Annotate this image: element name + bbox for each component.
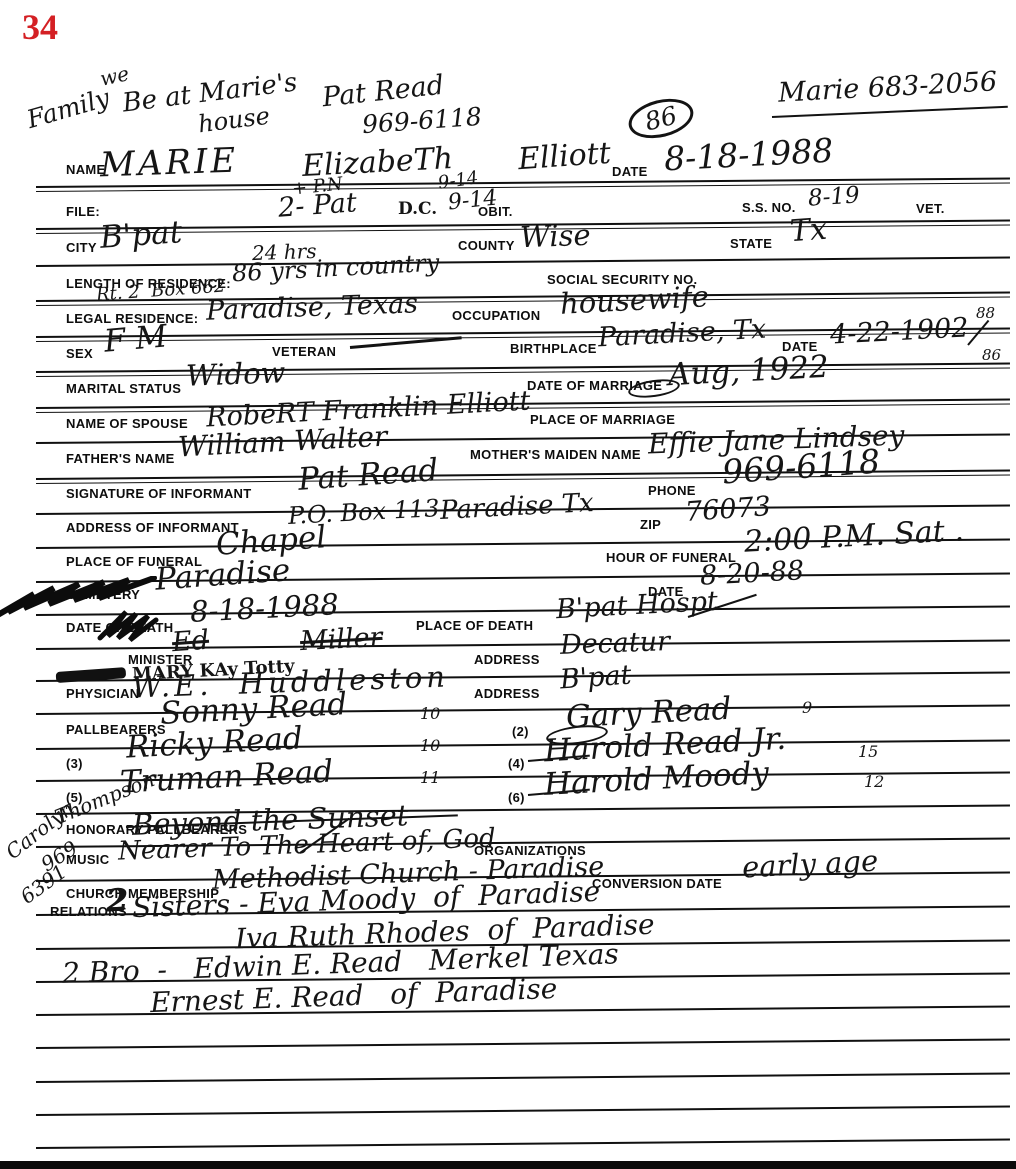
funeral-record-scan: 34 we Family Be at Marie's house Pat Rea… [0,0,1016,1169]
pallbearer-3-age: 10 [420,738,440,754]
relations-line-1-count: 2 [105,885,128,917]
field-label-sex: SEX [66,346,93,361]
field-value-file-dc: D.C. [398,201,437,218]
pallbearer-2-age: 9 [802,700,812,716]
form-rule [36,257,1010,267]
field-value-marital-status: Widow [186,358,286,390]
field-label-city: CITY [66,240,97,255]
field-value-county: Wise [520,221,592,252]
field-value-conversion-date: early age [741,846,879,882]
field-value-birth-date: 4-22-1902 [829,314,969,348]
field-label-zip: ZIP [640,517,661,532]
pallbearer-5-age: 11 [420,770,440,786]
field-label-file: FILE: [66,204,100,219]
field-label-physician: PHYSICIAN [66,686,140,701]
field-label-conversion-date: CONVERSION DATE [592,876,722,891]
birth-age-top: 88 [976,306,995,321]
field-label-music: MUSIC [66,852,109,867]
field-value-minister-address: Decatur [560,628,671,659]
field-value-date-of-death: 8-18-1988 [189,590,339,627]
field-value-minister-first: Ed [171,627,210,657]
field-label-mothers-maiden-name: MOTHER'S MAIDEN NAME [470,447,641,462]
form-rule [36,606,1010,616]
field-label-fathers-name: FATHER'S NAME [66,451,175,466]
field-value-occupation: housewife [559,282,709,319]
ink-scribble-mark-small [96,606,160,642]
form-rule-blank [36,1073,1010,1083]
form-rule [36,363,1010,373]
field-value-minister-last: Miller [299,624,383,655]
field-label-pallbearer-6: (6) [508,790,525,805]
field-label-obit: OBIT. [478,204,513,219]
field-value-name-first: MARIE [99,144,238,183]
pallbearer-4-age: 15 [858,744,878,760]
birth-age-bottom: 86 [982,348,1001,363]
form-rule-blank [36,1139,1010,1149]
field-label-pallbearer-3: (3) [66,756,83,771]
field-label-signature-of-informant: SIGNATURE OF INFORMANT [66,486,251,501]
field-label-state: STATE [730,236,772,251]
note-underline-stroke [772,106,1008,118]
field-value-city: B'pat [99,217,183,254]
field-label-county: COUNTY [458,238,515,253]
field-value-name-last: Elliott [517,139,612,175]
field-value-state: Tx [789,215,828,248]
field-label-place-of-death: PLACE OF DEATH [416,618,533,633]
field-value-fathers-name: William Walter [177,423,388,462]
field-label-ssno: S.S. NO. [742,200,796,215]
field-label-birthplace: BIRTHPLACE [510,341,597,356]
note-marie-phone: Marie 683-2056 [777,68,997,106]
field-value-zip: 76073 [684,493,772,526]
field-label-name-of-spouse: NAME OF SPOUSE [66,416,188,431]
field-label-place-of-marriage: PLACE OF MARRIAGE [530,412,675,427]
field-value-file: 2- Pat [277,189,357,221]
note-family: Family [24,85,112,132]
field-label-pallbearer-4: (4) [508,756,525,771]
field-value-hour-of-funeral: 2:00 P.M. Sat . [743,516,964,557]
circled-age-note: 86 [625,93,698,145]
field-label-vet: VET. [916,201,945,216]
note-pat-phone: 969-6118 [361,104,482,137]
field-value-birthplace: Paradise, Tx [597,316,766,352]
field-value-informant-address-2: Paradise Tx [439,490,594,524]
scan-edge-strip [0,1161,1016,1169]
pallbearer-6-age: 12 [864,774,884,790]
field-value-physician-address: B'pat [559,662,632,694]
field-label-occupation: OCCUPATION [452,308,540,323]
field-label-physician-address: ADDRESS [474,686,540,701]
field-label-pallbearer-2: (2) [512,724,529,739]
field-value-date: 8-18-1988 [663,134,834,176]
note-house: house [197,104,271,137]
page-number: 34 [22,6,58,48]
field-value-legal-residence: Paradise, Texas [206,290,419,324]
field-value-ssno: 8-19 [807,184,860,211]
form-rule [36,1039,1010,1049]
pallbearer-1-age: 10 [420,706,440,722]
pallbearer-6: Harold Moody [543,758,769,801]
field-label-date: DATE [612,164,648,179]
field-label-marital-status: MARITAL STATUS [66,381,181,396]
margin-note-6391: 6391 [17,861,70,907]
field-value-signature-of-informant: Pat Read [297,455,439,496]
field-label-minister-address: ADDRESS [474,652,540,667]
field-value-phone: 969-6118 [721,445,881,489]
field-label-address-of-informant: ADDRESS OF INFORMANT [66,520,239,535]
field-value-sex: F M [103,321,169,357]
form-rule-blank [36,1106,1010,1116]
field-value-place-of-death: B'pat Hospt [555,588,718,623]
field-value-date-of-marriage: Aug, 1922 [667,352,829,391]
